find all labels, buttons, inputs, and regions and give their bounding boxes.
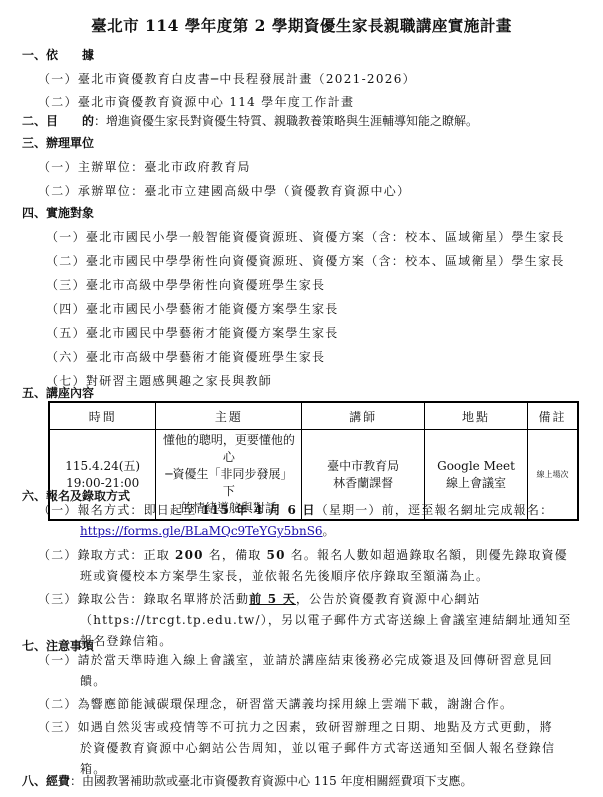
target-item-6: （六）臺北市高級中學藝術才能資優班學生家長 <box>46 348 325 365</box>
col-header-speaker: 講師 <box>302 402 425 430</box>
venue-platform: Google Meet <box>429 458 523 475</box>
target-item-2: （二）臺北市國民中學學術性向資優資源班、資優方案（含：校本、區域衛星）學生家長 <box>46 252 565 269</box>
notes-item-3: （三）如遇自然災害或疫情等不可抗力之因素，致研習辦理之日期、地點及方式更動，將 … <box>38 717 578 780</box>
venue-room: 線上會議室 <box>429 475 523 492</box>
basis-item-2: （二）臺北市資優教育資源中心 114 學年度工作計畫 <box>38 93 354 110</box>
basis-item-1: （一）臺北市資優教育白皮書─中長程發展計畫（2021-2026） <box>38 70 416 87</box>
registration-method-text: （一）報名方式：即日起至 <box>38 503 201 517</box>
registration-item-3: （三）錄取公告：錄取名單將於活動前 5 天，公告於資優教育資源中心網站 （htt… <box>38 589 578 652</box>
target-item-1: （一）臺北市國民小學一般智能資優資源班、資優方案（含：校本、區域衛星）學生家長 <box>46 228 565 245</box>
organizer-item-2: （二）承辦單位：臺北市立建國高級中學（資優教育資源中心） <box>38 182 410 199</box>
announcement-text-cont1: （https://trcgt.tp.edu.tw/），另以電子郵件方式寄送線上會… <box>38 610 578 631</box>
document-title: 臺北市 114 學年度第 2 學期資優生家長親職講座實施計畫 <box>0 14 603 36</box>
section-heading-content: 五、講座內容 <box>22 384 94 401</box>
speaker-name: 林香蘭課督 <box>306 475 420 492</box>
notes-item-3-text: （三）如遇自然災害或疫情等不可抗力之因素，致研習辦理之日期、地點及方式更動，將 <box>38 720 553 734</box>
punctuation: 。 <box>323 524 336 538</box>
admission-text-cont: 班或資優校本方案學生家長，並依報名先後順序依序錄取至額滿為止。 <box>38 566 578 587</box>
notes-item-1: （一）請於當天準時進入線上會議室，並請於講座結束後務必完成簽退及回傳研習意見回 … <box>38 650 578 692</box>
document-page: 臺北市 114 學年度第 2 學期資優生家長親職講座實施計畫 一、依 據 （一）… <box>0 0 603 797</box>
section-heading-organizers: 三、辦理單位 <box>22 134 94 151</box>
topic-line-2: ─資優生「非同步發展」下 <box>160 466 297 500</box>
speaker-org: 臺中市教育局 <box>306 458 420 475</box>
registration-item-2: （二）錄取方式：正取 200 名，備取 50 名。報名人數如超過錄取名額，則優先… <box>38 545 578 587</box>
target-item-4: （四）臺北市國民小學藝術才能資優方案學生家長 <box>46 300 339 317</box>
col-header-remark: 備註 <box>528 402 578 430</box>
admission-text-c: 名。報名人數如超過錄取名額，則優先錄取資優 <box>286 548 568 562</box>
target-item-3: （三）臺北市高級中學學術性向資優班學生家長 <box>46 276 325 293</box>
section-funding: 八、經費：由國教署補助款或臺北市資優教育資源中心 115 年度相關經費項下支應。 <box>22 772 473 789</box>
section-heading-purpose: 二、目 的 <box>22 114 94 128</box>
announcement-text-b: ，公告於資優教育資源中心網站 <box>296 592 481 606</box>
admission-text-a: （二）錄取方式：正取 <box>38 548 175 562</box>
registration-item-1: （一）報名方式：即日起至 115 年 4 月 6 日（星期一）前，逕至報名網址完… <box>38 500 578 542</box>
topic-line-1: 懂他的聰明，更要懂他的心 <box>160 432 297 466</box>
funding-text: ：由國教署補助款或臺北市資優教育資源中心 115 年度相關經費項下支應。 <box>70 774 473 788</box>
notes-item-3-cont1: 於資優教育資源中心網站公告周知，並以電子郵件方式寄送通知至個人報名登錄信 <box>38 738 578 759</box>
target-item-5: （五）臺北市國民中學藝術才能資優方案學生家長 <box>46 324 339 341</box>
notes-item-2-text: （二）為響應節能減碳環保理念，研習當天講義均採用線上雲端下載，謝謝合作。 <box>38 697 513 711</box>
table-header-row: 時間 主題 講師 地點 備註 <box>49 402 578 430</box>
section-purpose: 二、目 的：增進資優生家長對資優生特質、親職教養策略與生涯輔導知能之瞭解。 <box>22 112 478 129</box>
organizer-item-1: （一）主辦單位：臺北市政府教育局 <box>38 158 251 175</box>
admission-quota: 200 <box>175 548 204 562</box>
notes-item-1-cont: 饋。 <box>38 671 578 692</box>
registration-deadline: 115 年 4 月 6 日 <box>201 503 315 517</box>
section-heading-targets: 四、實施對象 <box>22 204 94 221</box>
waitlist-quota: 50 <box>267 548 286 562</box>
announcement-text-a: （三）錄取公告：錄取名單將於活動 <box>38 592 249 606</box>
registration-form-link[interactable]: https://forms.gle/BLaMQc9TeYGy5bnS6 <box>80 524 323 538</box>
col-header-venue: 地點 <box>424 402 527 430</box>
notes-item-2: （二）為響應節能減碳環保理念，研習當天講義均採用線上雲端下載，謝謝合作。 <box>38 694 578 715</box>
col-header-time: 時間 <box>49 402 156 430</box>
notes-item-1-text: （一）請於當天準時進入線上會議室，並請於講座結束後務必完成簽退及回傳研習意見回 <box>38 653 553 667</box>
admission-text-b: 名，備取 <box>204 548 267 562</box>
announcement-days: 前 5 天 <box>249 592 296 606</box>
section-heading-funding: 八、經費 <box>22 774 70 788</box>
col-header-topic: 主題 <box>156 402 302 430</box>
announcement-text-cont2: 報名登錄信箱。 <box>38 631 578 652</box>
purpose-text: ：增進資優生家長對資優生特質、親職教養策略與生涯輔導知能之瞭解。 <box>94 114 478 128</box>
registration-method-suffix: （星期一）前，逕至報名網址完成報名： <box>316 503 554 517</box>
section-heading-basis: 一、依 據 <box>22 46 94 63</box>
time-date: 115.4.24(五) <box>54 458 151 475</box>
